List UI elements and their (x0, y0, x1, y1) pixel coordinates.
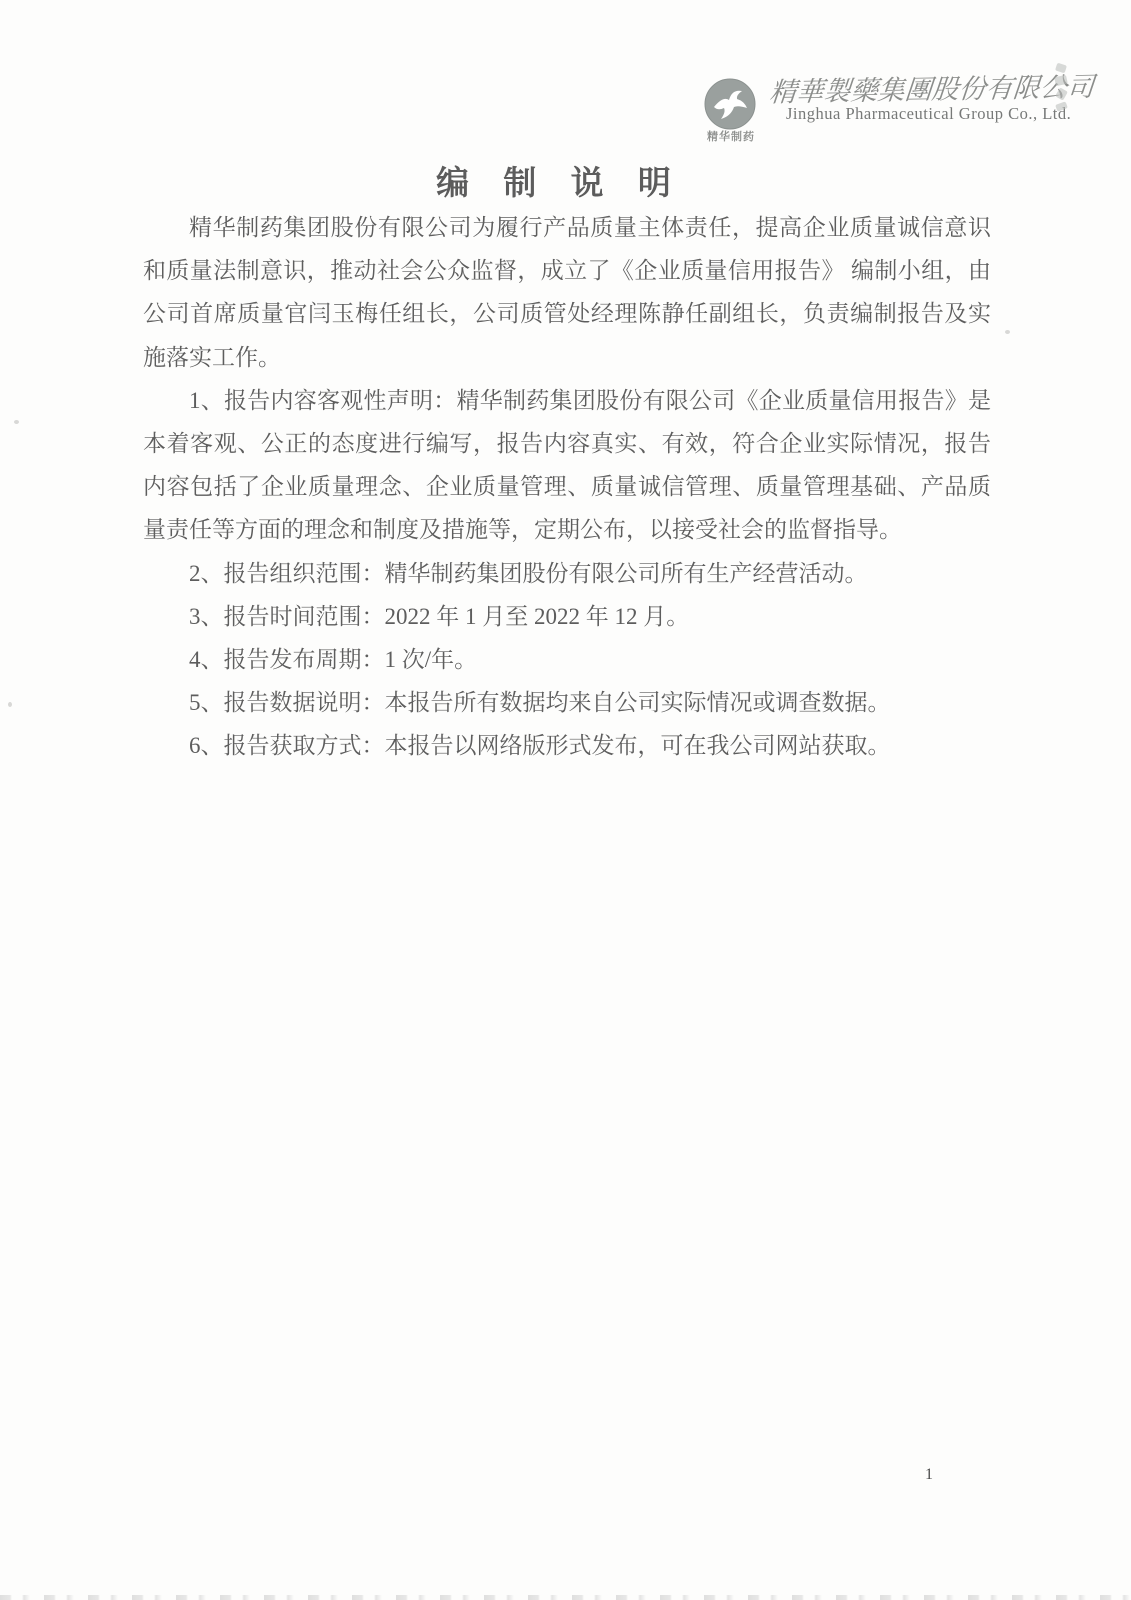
company-logo-icon (704, 78, 756, 130)
paragraph-item-3: 3、报告时间范围：2022 年 1 月至 2022 年 12 月。 (143, 595, 991, 638)
paragraph-item-6: 6、报告获取方式：本报告以网络版形式发布，可在我公司网站获取。 (143, 724, 991, 767)
paragraph-item-1: 1、报告内容客观性声明：精华制药集团股份有限公司《企业质量信用报告》是本着客观、… (143, 379, 991, 552)
company-name-en: Jinghua Pharmaceutical Group Co., Ltd. (786, 104, 1071, 124)
scan-speck (14, 420, 19, 424)
logo-label: 精华制药 (700, 128, 762, 144)
scan-speck (8, 702, 12, 707)
scan-speck (1005, 330, 1010, 334)
company-name-cn: 精華製藥集團股份有限公司 (768, 66, 1058, 110)
faint-ink-marks (1050, 60, 1072, 156)
page-number: 1 (925, 1466, 933, 1484)
letterhead: 精华制药 精華製藥集團股份有限公司 Jinghua Pharmaceutical… (700, 68, 1100, 158)
paragraph-intro: 精华制药集团股份有限公司为履行产品质量主体责任，提高企业质量诚信意识和质量法制意… (143, 206, 991, 379)
paragraph-item-2: 2、报告组织范围：精华制药集团股份有限公司所有生产经营活动。 (143, 552, 991, 595)
paragraph-item-4: 4、报告发布周期：1 次/年。 (143, 638, 991, 681)
page-title: 编 制 说 明 (143, 157, 971, 204)
scan-artifact-bottom-edge (0, 1595, 1131, 1600)
document-body: 精华制药集团股份有限公司为履行产品质量主体责任，提高企业质量诚信意识和质量法制意… (143, 206, 991, 768)
document-page: 精华制药 精華製藥集團股份有限公司 Jinghua Pharmaceutical… (0, 0, 1131, 1600)
paragraph-item-5: 5、报告数据说明：本报告所有数据均来自公司实际情况或调查数据。 (143, 681, 991, 724)
